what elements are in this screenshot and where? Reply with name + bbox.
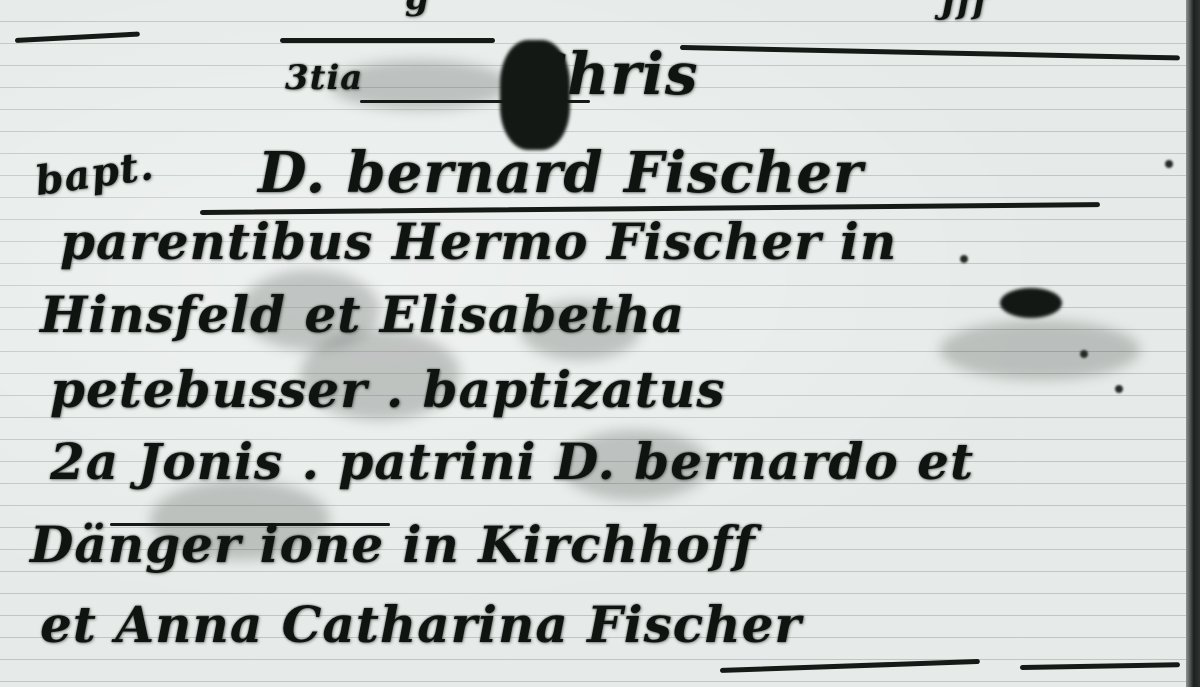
ink-dot: [1080, 350, 1088, 358]
ink-dot: [1165, 160, 1173, 168]
margin-note: bapt.: [32, 142, 157, 205]
record-line-3: Hinsfeld et Elisabetha: [40, 285, 685, 344]
top-fragment: g: [405, 0, 430, 18]
pen-rule: [720, 659, 980, 673]
ink-dot: [960, 255, 968, 263]
ink-smudge: [940, 320, 1140, 380]
ink-blot: [1000, 288, 1062, 318]
ink-dot: [1115, 385, 1123, 393]
record-line-4: petebusser . baptizatus: [50, 360, 725, 419]
pen-rule: [680, 45, 1180, 60]
entry-ordinal: 3tia: [285, 58, 363, 98]
page-edge: [1186, 0, 1200, 687]
pen-rule: [15, 31, 140, 43]
record-line-7: et Anna Catharina Fischer: [40, 595, 802, 654]
top-fragment: Jff: [940, 0, 988, 22]
record-line-6: Dänger ione in Kirchhoff: [30, 515, 756, 574]
pen-rule: [1020, 662, 1180, 670]
record-line-2: parentibus Hermo Fischer in: [60, 212, 897, 271]
pen-rule: [280, 38, 495, 43]
record-line-1: D. bernard Fischer: [258, 140, 864, 206]
document-page: g Jff 3tia Chris bapt. D. bernard Fische…: [0, 0, 1200, 687]
record-line-5: 2a Jonis . patrini D. bernardo et: [50, 432, 974, 491]
ink-blot: [500, 40, 570, 150]
